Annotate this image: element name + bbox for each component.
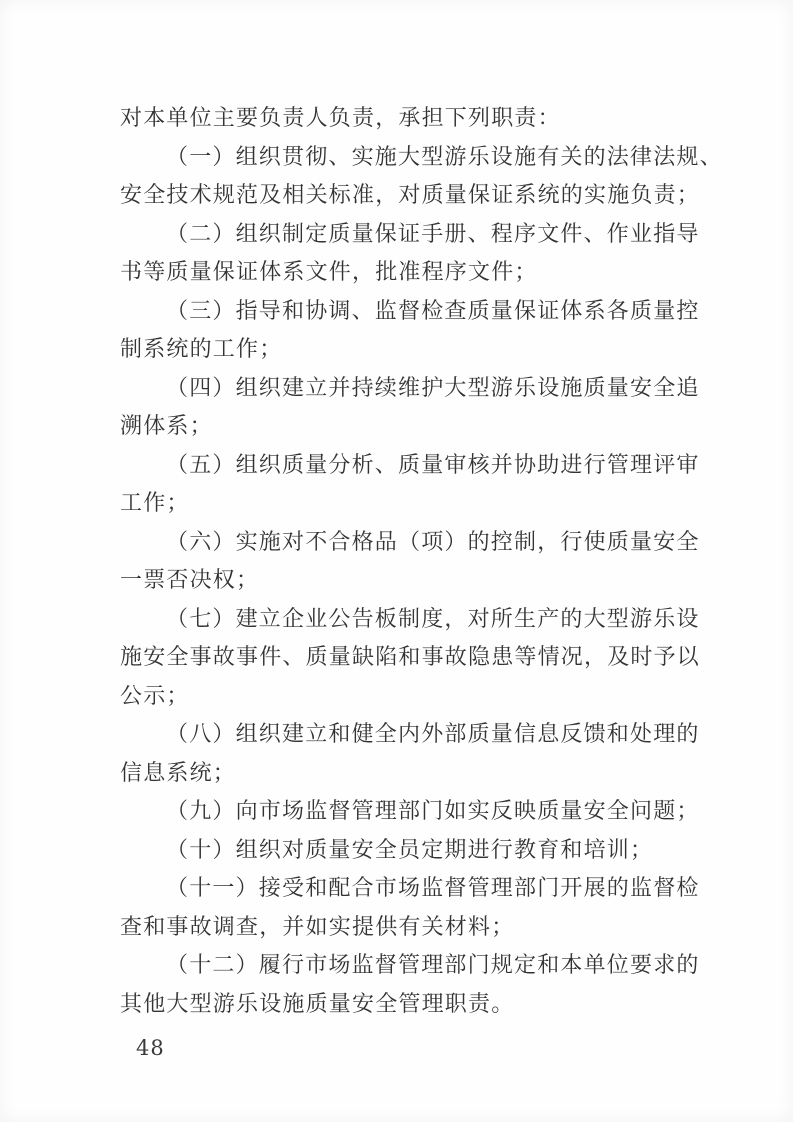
text-line: 制系统的工作； — [120, 331, 680, 370]
text-line-item-4: （四）组织建立并持续维护大型游乐设施质量安全追 — [120, 370, 680, 409]
body-text: 对本单位主要负责人负责，承担下列职责： （一）组织贯彻、实施大型游乐设施有关的法… — [120, 100, 680, 1024]
text-line: 信息系统； — [120, 755, 680, 794]
text-line: 施安全事故事件、质量缺陷和事故隐患等情况，及时予以 — [120, 639, 680, 678]
text-line: 其他大型游乐设施质量安全管理职责。 — [120, 986, 680, 1025]
text-line: 对本单位主要负责人负责，承担下列职责： — [120, 100, 680, 139]
text-line: 溯体系； — [120, 408, 680, 447]
text-line: 工作； — [120, 485, 680, 524]
text-line: 一票否决权； — [120, 562, 680, 601]
text-line-item-8: （八）组织建立和健全内外部质量信息反馈和处理的 — [120, 716, 680, 755]
text-line: 书等质量保证体系文件，批准程序文件； — [120, 254, 680, 293]
text-line: 查和事故调查，并如实提供有关材料； — [120, 909, 680, 948]
text-line-item-1: （一）组织贯彻、实施大型游乐设施有关的法律法规、 — [120, 139, 680, 178]
text-line: 公示； — [120, 678, 680, 717]
document-page: 对本单位主要负责人负责，承担下列职责： （一）组织贯彻、实施大型游乐设施有关的法… — [0, 0, 793, 1122]
text-line-item-7: （七）建立企业公告板制度，对所生产的大型游乐设 — [120, 601, 680, 640]
text-line-item-6: （六）实施对不合格品（项）的控制，行使质量安全 — [120, 524, 680, 563]
text-line-item-11: （十一）接受和配合市场监督管理部门开展的监督检 — [120, 870, 680, 909]
text-line-item-2: （二）组织制定质量保证手册、程序文件、作业指导 — [120, 216, 680, 255]
page-number: 48 — [136, 1036, 165, 1060]
text-line-item-10: （十）组织对质量安全员定期进行教育和培训； — [120, 832, 680, 871]
text-line-item-9: （九）向市场监督管理部门如实反映质量安全问题； — [120, 793, 680, 832]
text-line-item-12: （十二）履行市场监督管理部门规定和本单位要求的 — [120, 947, 680, 986]
text-line: 安全技术规范及相关标准，对质量保证系统的实施负责； — [120, 177, 680, 216]
text-line-item-5: （五）组织质量分析、质量审核并协助进行管理评审 — [120, 447, 680, 486]
text-line-item-3: （三）指导和协调、监督检查质量保证体系各质量控 — [120, 293, 680, 332]
